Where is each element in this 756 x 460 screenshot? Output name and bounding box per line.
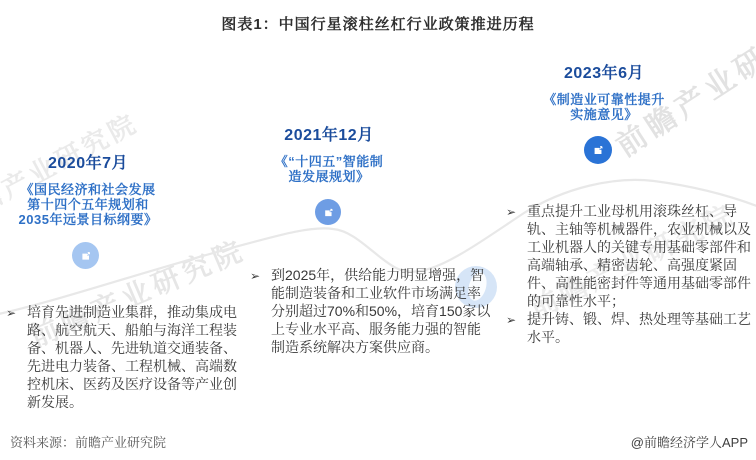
bullet-text: 培育先进制造业集群，推动集成电路、航空航天、船舶与海洋工程装备、机器人、先进轨道… (27, 303, 244, 411)
policy-line: 第十四个五年规划和 (0, 197, 176, 212)
policy-line: 实施意见》 (516, 107, 692, 122)
milestone-3-date: 2023年6月 (516, 60, 692, 83)
bullet-item: ➢ 培育先进制造业集群，推动集成电路、航空航天、船舶与海洋工程装备、机器人、先进… (6, 303, 244, 411)
milestone-2-date: 2021年12月 (241, 122, 417, 145)
bullet-item: ➢ 提升铸、锻、焊、热处理等基础工艺水平。 (506, 310, 756, 346)
bullet-text: 提升铸、锻、焊、热处理等基础工艺水平。 (527, 310, 756, 346)
policy-line: 《“十四五”智能制 (241, 154, 417, 169)
bullet-arrow-icon: ➢ (6, 303, 27, 411)
bullet-text: 到2025年，供给能力明显增强，智能制造装备和工业软件市场满足率分别超过70%和… (271, 266, 491, 356)
document-arrow-glyph (77, 247, 94, 264)
milestone-3-bullets: ➢ 重点提升工业母机用滚珠丝杠、导轨、主轴等机械器件，农业机械以及工业机器人的关… (506, 202, 756, 346)
policy-document-icon (72, 242, 99, 269)
bullet-text: 重点提升工业母机用滚珠丝杠、导轨、主轴等机械器件，农业机械以及工业机器人的关键专… (527, 202, 756, 310)
policy-line: 造发展规划》 (241, 169, 417, 184)
infographic-canvas: 前瞻产业研究院 前瞻产业研究院 前瞻产业研究院 前瞻产业研究院 图表1：中国行星… (0, 0, 756, 460)
credit-note: @前瞻经济学人APP (631, 432, 748, 451)
bullet-arrow-icon: ➢ (506, 202, 527, 310)
bullet-arrow-icon: ➢ (506, 310, 527, 346)
source-note: 资料来源：前瞻产业研究院 (10, 432, 166, 451)
bullet-item: ➢ 重点提升工业母机用滚珠丝杠、导轨、主轴等机械器件，农业机械以及工业机器人的关… (506, 202, 756, 310)
milestone-1-header: 2020年7月 《国民经济和社会发展 第十四个五年规划和 2035年远景目标纲要… (0, 150, 176, 227)
policy-line: 2035年远景目标纲要》 (0, 212, 176, 227)
milestone-2-bullets: ➢ 到2025年，供给能力明显增强，智能制造装备和工业软件市场满足率分别超过70… (250, 266, 491, 356)
milestone-3-header: 2023年6月 《制造业可靠性提升 实施意见》 (516, 60, 692, 122)
milestone-1-bullets: ➢ 培育先进制造业集群，推动集成电路、航空航天、船舶与海洋工程装备、机器人、先进… (6, 303, 244, 411)
policy-document-icon (315, 199, 341, 225)
document-arrow-glyph (589, 141, 607, 159)
milestone-1-policy-title: 《国民经济和社会发展 第十四个五年规划和 2035年远景目标纲要》 (0, 182, 176, 227)
policy-line: 《制造业可靠性提升 (516, 92, 692, 107)
document-arrow-glyph (320, 204, 337, 221)
milestone-3-policy-title: 《制造业可靠性提升 实施意见》 (516, 92, 692, 122)
milestone-2-policy-title: 《“十四五”智能制 造发展规划》 (241, 154, 417, 184)
policy-line: 《国民经济和社会发展 (0, 182, 176, 197)
bullet-arrow-icon: ➢ (250, 266, 271, 356)
milestone-2-header: 2021年12月 《“十四五”智能制 造发展规划》 (241, 122, 417, 184)
bullet-item: ➢ 到2025年，供给能力明显增强，智能制造装备和工业软件市场满足率分别超过70… (250, 266, 491, 356)
policy-document-icon (584, 136, 612, 164)
milestone-1-date: 2020年7月 (0, 150, 176, 173)
